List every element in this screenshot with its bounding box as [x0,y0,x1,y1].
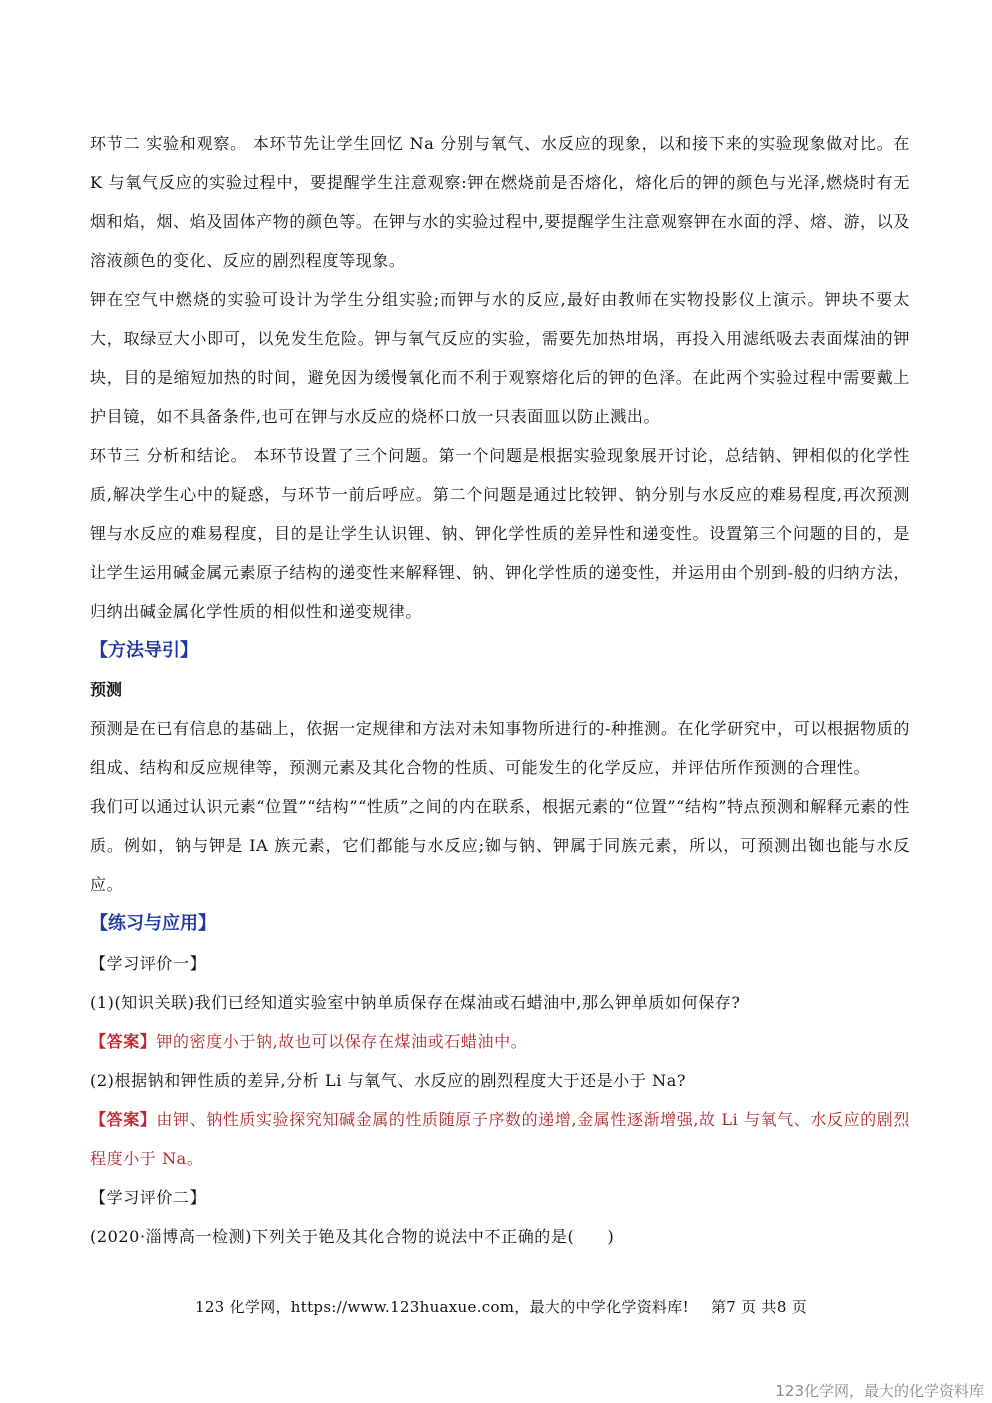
answer-1-text: 钾的密度小于钠,故也可以保存在煤油或石蜡油中。 [156,1032,527,1051]
watermark: 123化学网，最大的化学资料库 [775,1380,984,1401]
document-page: 环节二 实验和观察。 本环节先让学生回忆 Na 分别与氧气、水反应的现象，以和接… [90,124,910,1256]
paragraph-prediction-2: 我们可以通过认识元素“位置”“结构”“性质”之间的内在联系，根据元素的“位置”“… [90,787,910,904]
answer-1: 【答案】钾的密度小于钠,故也可以保存在煤油或石蜡油中。 [90,1022,910,1061]
answer-2-text: 由钾、钠性质实验探究知碱金属的性质随原子序数的递增,金属性逐渐增强,故 Li 与… [90,1110,910,1168]
heading-method-guide: 【方法导引】 [90,631,910,671]
answer-tag: 【答案】 [90,1110,156,1129]
answer-2: 【答案】由钾、钠性质实验探究知碱金属的性质随原子序数的递增,金属性逐渐增强,故 … [90,1100,910,1178]
label-eval-2: 【学习评价二】 [90,1178,910,1217]
answer-tag: 【答案】 [90,1032,156,1051]
question-3: (2020·淄博高一检测)下列关于铯及其化合物的说法中不正确的是( ) [90,1217,910,1256]
heading-practice: 【练习与应用】 [90,904,910,944]
footer-site-text: 123 化学网，https://www.123huaxue.com，最大的中学化… [195,1298,689,1316]
paragraph-analysis: 环节三 分析和结论。 本环节设置了三个问题。第一个问题是根据实验现象展开讨论，总… [90,436,910,631]
question-2: (2)根据钠和钾性质的差异,分析 Li 与氧气、水反应的剧烈程度大于还是小于 N… [90,1061,910,1100]
page-footer: 123 化学网，https://www.123huaxue.com，最大的中学化… [195,1296,807,1317]
paragraph-prediction-1: 预测是在已有信息的基础上，依据一定规律和方法对未知事物所进行的-种推测。在化学研… [90,709,910,787]
page-number: 第7 页 共8 页 [711,1298,807,1316]
question-1: (1)(知识关联)我们已经知道实验室中钠单质保存在煤油或石蜡油中,那么钾单质如何… [90,983,910,1022]
label-eval-1: 【学习评价一】 [90,944,910,983]
paragraph-safety: 钾在空气中燃烧的实验可设计为学生分组实验;而钾与水的反应,最好由教师在实物投影仪… [90,280,910,436]
subheading-prediction: 预测 [90,671,910,709]
paragraph-experiment: 环节二 实验和观察。 本环节先让学生回忆 Na 分别与氧气、水反应的现象，以和接… [90,124,910,280]
